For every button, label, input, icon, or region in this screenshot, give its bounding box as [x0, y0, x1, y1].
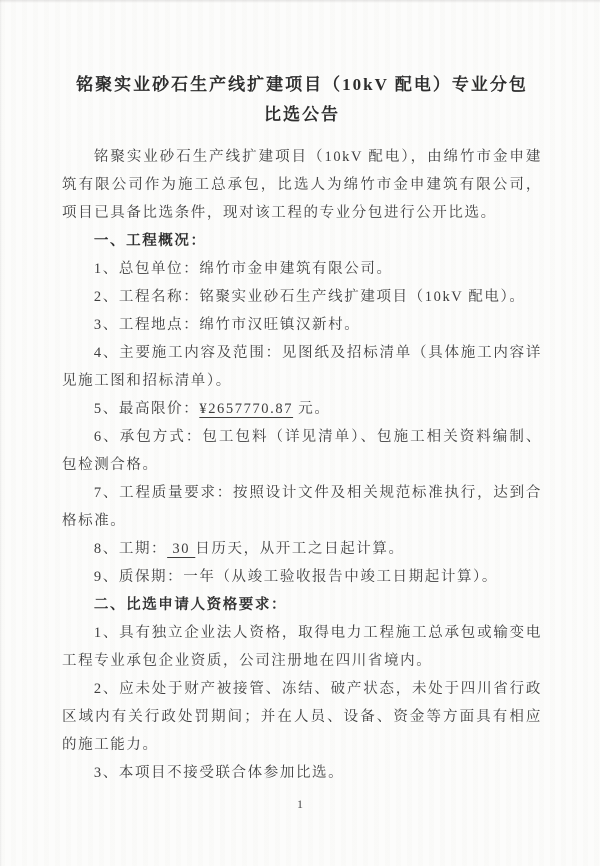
section-2-item-3: 3、本项目不接受联合体参加比选。 [62, 759, 542, 787]
intro-paragraph: 铭聚实业砂石生产线扩建项目（10kV 配电），由绵竹市金申建筑有限公司作为施工总… [62, 143, 542, 227]
section-1-item-3: 3、工程地点：绵竹市汉旺镇汉新村。 [62, 311, 542, 339]
page-number: 1 [0, 797, 600, 812]
item-5-suffix: 元。 [293, 401, 330, 417]
item-8-suffix: 日历天，从开工之日起计算。 [195, 541, 404, 557]
section-1-item-9: 9、质保期：一年（从竣工验收报告中竣工日期起计算）。 [62, 563, 542, 591]
section-1-item-2: 2、工程名称：铭聚实业砂石生产线扩建项目（10kV 配电）。 [62, 283, 542, 311]
section-2-item-1: 1、具有独立企业法人资格，取得电力工程施工总承包或输变电工程专业承包企业资质，公… [62, 619, 542, 675]
item-8-label: 8、工期： [94, 541, 167, 557]
title-line-2: 比选公告 [62, 100, 542, 130]
section-2-item-2: 2、应未处于财产被接管、冻结、破产状态，未处于四川省行政区域内有关行政处罚期间；… [62, 675, 542, 759]
section-2-heading: 二、比选申请人资格要求： [62, 591, 542, 619]
section-1-item-7: 7、工程质量要求：按照设计文件及相关规范标准执行，达到合格标准。 [62, 479, 542, 535]
title-line-1: 铭聚实业砂石生产线扩建项目（10kV 配电）专业分包 [62, 70, 542, 100]
item-5-label: 5、最高限价： [94, 401, 199, 417]
scanned-document-page: 铭聚实业砂石生产线扩建项目（10kV 配电）专业分包 比选公告 铭聚实业砂石生产… [0, 0, 600, 787]
duration-underlined-value: 30 [167, 541, 195, 557]
section-1-item-8: 8、工期： 30 日历天，从开工之日起计算。 [62, 535, 542, 563]
document-title: 铭聚实业砂石生产线扩建项目（10kV 配电）专业分包 比选公告 [62, 70, 542, 130]
section-1-item-5: 5、最高限价：¥2657770.87 元。 [62, 395, 542, 423]
section-1-item-1: 1、总包单位：绵竹市金申建筑有限公司。 [62, 255, 542, 283]
section-1-item-4: 4、主要施工内容及范围：见图纸及招标清单（具体施工内容详见施工图和招标清单）。 [62, 339, 542, 395]
max-price-underlined-value: ¥2657770.87 [199, 401, 293, 417]
section-1-item-6: 6、承包方式：包工包料（详见清单）、包施工相关资料编制、包检测合格。 [62, 423, 542, 479]
section-1-heading: 一、工程概况： [62, 227, 542, 255]
